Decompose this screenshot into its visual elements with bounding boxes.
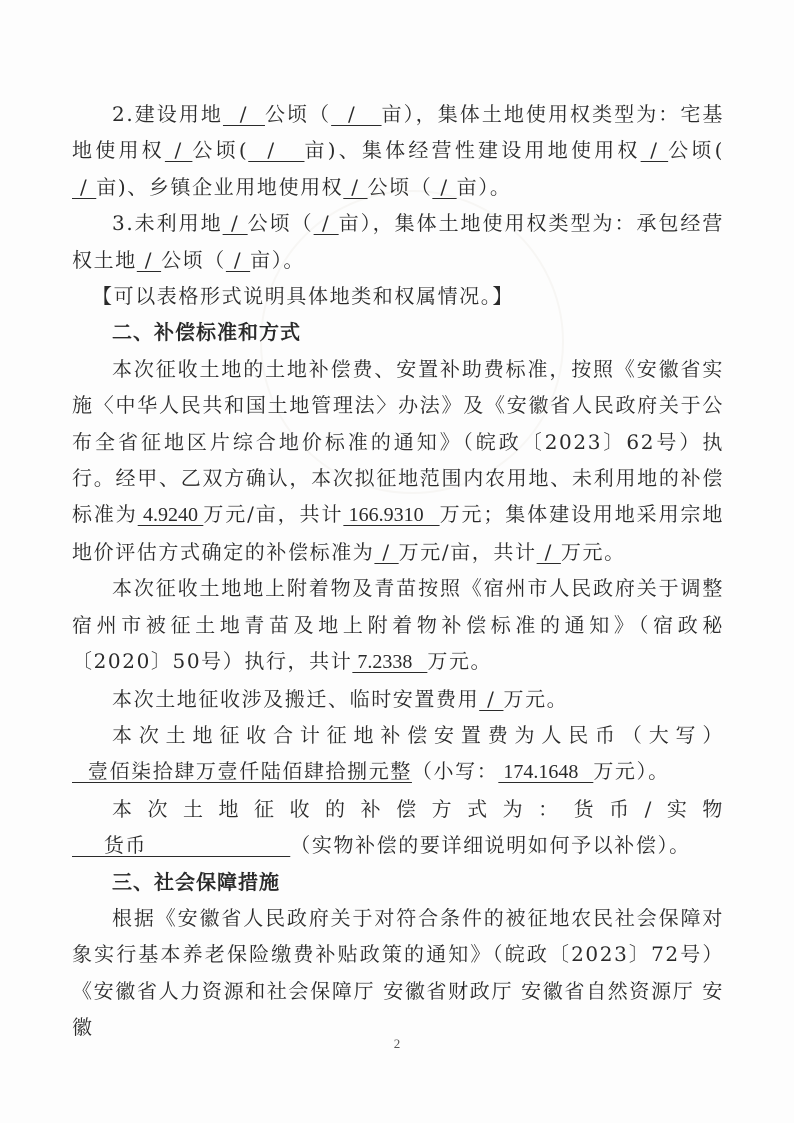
text-run: （小写：: [412, 759, 498, 783]
filled-blank: 壹佰柒拾肆万壹仟陆佰肆拾捌元整: [72, 759, 412, 783]
document-page: 2.建设用地 / 公顷（ / 亩），集体土地使用权类型为：宅基地使用权 / 公顷…: [0, 0, 794, 1123]
filled-blank: /: [226, 248, 250, 272]
page-number: 2: [0, 1036, 794, 1052]
text-run: 本次土地征收的补偿方式为：货币/实物: [112, 797, 724, 821]
paragraph-compensation-method: 本次土地征收的补偿方式为：货币/实物 货币 （实物补偿的要详细说明如何予以补偿）…: [72, 791, 724, 864]
text-run: 公顷(: [668, 138, 724, 162]
filled-blank: /: [479, 687, 503, 711]
filled-blank: 7.2338: [352, 651, 427, 673]
text-run: 公顷（: [248, 211, 314, 235]
text-run: 3.未利用地: [112, 211, 223, 235]
filled-blank: /: [374, 540, 398, 564]
paragraph-compensation-standard: 本次征收土地的土地补偿费、安置补助费标准，按照《安徽省实施〈中华人民共和国土地管…: [72, 351, 724, 570]
text-run: 公顷（: [161, 248, 226, 272]
paragraph-total-compensation: 本次土地征收合计征地补偿安置费为人民币（大写） 壹佰柒拾肆万壹仟陆佰肆拾捌元整（…: [72, 717, 724, 791]
filled-blank: /: [432, 175, 456, 199]
text-run: 本次土地征收合计征地补偿安置费为人民币（大写）: [112, 723, 724, 747]
text-run: 公顷（: [368, 175, 433, 199]
filled-blank: 4.9240: [138, 504, 204, 526]
text-run: 万元。: [503, 687, 568, 711]
filled-blank: /: [72, 175, 96, 199]
text-run: 万元。: [427, 649, 492, 673]
text-run: 本次土地征收涉及搬迁、临时安置费用: [112, 687, 479, 711]
filled-blank: 货币: [72, 833, 290, 857]
filled-blank: /: [331, 102, 381, 126]
paragraph-relocation-cost: 本次土地征收涉及搬迁、临时安置费用 / 万元。: [72, 681, 724, 717]
text-run: 亩）。: [250, 248, 305, 272]
document-body: 2.建设用地 / 公顷（ / 亩），集体土地使用权类型为：宅基地使用权 / 公顷…: [72, 96, 724, 1046]
text-run: 亩)、集体经营性建设用地使用权: [304, 138, 640, 162]
filled-blank: 166.9310: [343, 504, 439, 526]
text-run: 万元/亩，共计: [399, 540, 537, 564]
table-note: 【可以表格形式说明具体地类和权属情况。】: [72, 278, 724, 314]
filled-blank: /: [223, 102, 265, 126]
text-run: 万元/亩，共计: [203, 502, 343, 526]
filled-blank: /: [165, 138, 193, 162]
paragraph-construction-land: 2.建设用地 / 公顷（ / 亩），集体土地使用权类型为：宅基地使用权 / 公顷…: [72, 96, 724, 205]
text-run: 亩)、乡镇企业用地使用权: [96, 175, 343, 199]
filled-blank: /: [223, 211, 248, 235]
filled-blank: 174.1648: [498, 761, 593, 783]
text-run: 2.建设用地: [112, 102, 223, 126]
text-run: 万元。: [561, 540, 626, 564]
text-run: 亩）。: [457, 175, 512, 199]
section-2-heading: 二、补偿标准和方式: [72, 314, 724, 350]
text-run: 公顷(: [192, 138, 248, 162]
filled-blank: /: [314, 211, 339, 235]
text-run: 公顷（: [265, 102, 331, 126]
filled-blank: /: [343, 175, 367, 199]
text-run: 万元）。: [593, 759, 669, 783]
paragraph-attachments-crops: 本次征收土地地上附着物及青苗按照《宿州市人民政府关于调整宿州市被征土地青苗及地上…: [72, 570, 724, 680]
filled-blank: /: [248, 138, 304, 162]
paragraph-unused-land: 3.未利用地 / 公顷（ / 亩），集体土地使用权类型为：承包经营权土地 / 公…: [72, 205, 724, 278]
filled-blank: /: [537, 540, 561, 564]
paragraph-social-security: 根据《安徽省人民政府关于对符合条件的被征地农民社会保障对象实行基本养老保险缴费补…: [72, 900, 724, 1046]
filled-blank: /: [641, 138, 669, 162]
filled-blank: /: [137, 248, 161, 272]
section-3-heading: 三、社会保障措施: [72, 864, 724, 900]
text-run: （实物补偿的要详细说明如何予以补偿）。: [290, 833, 690, 857]
